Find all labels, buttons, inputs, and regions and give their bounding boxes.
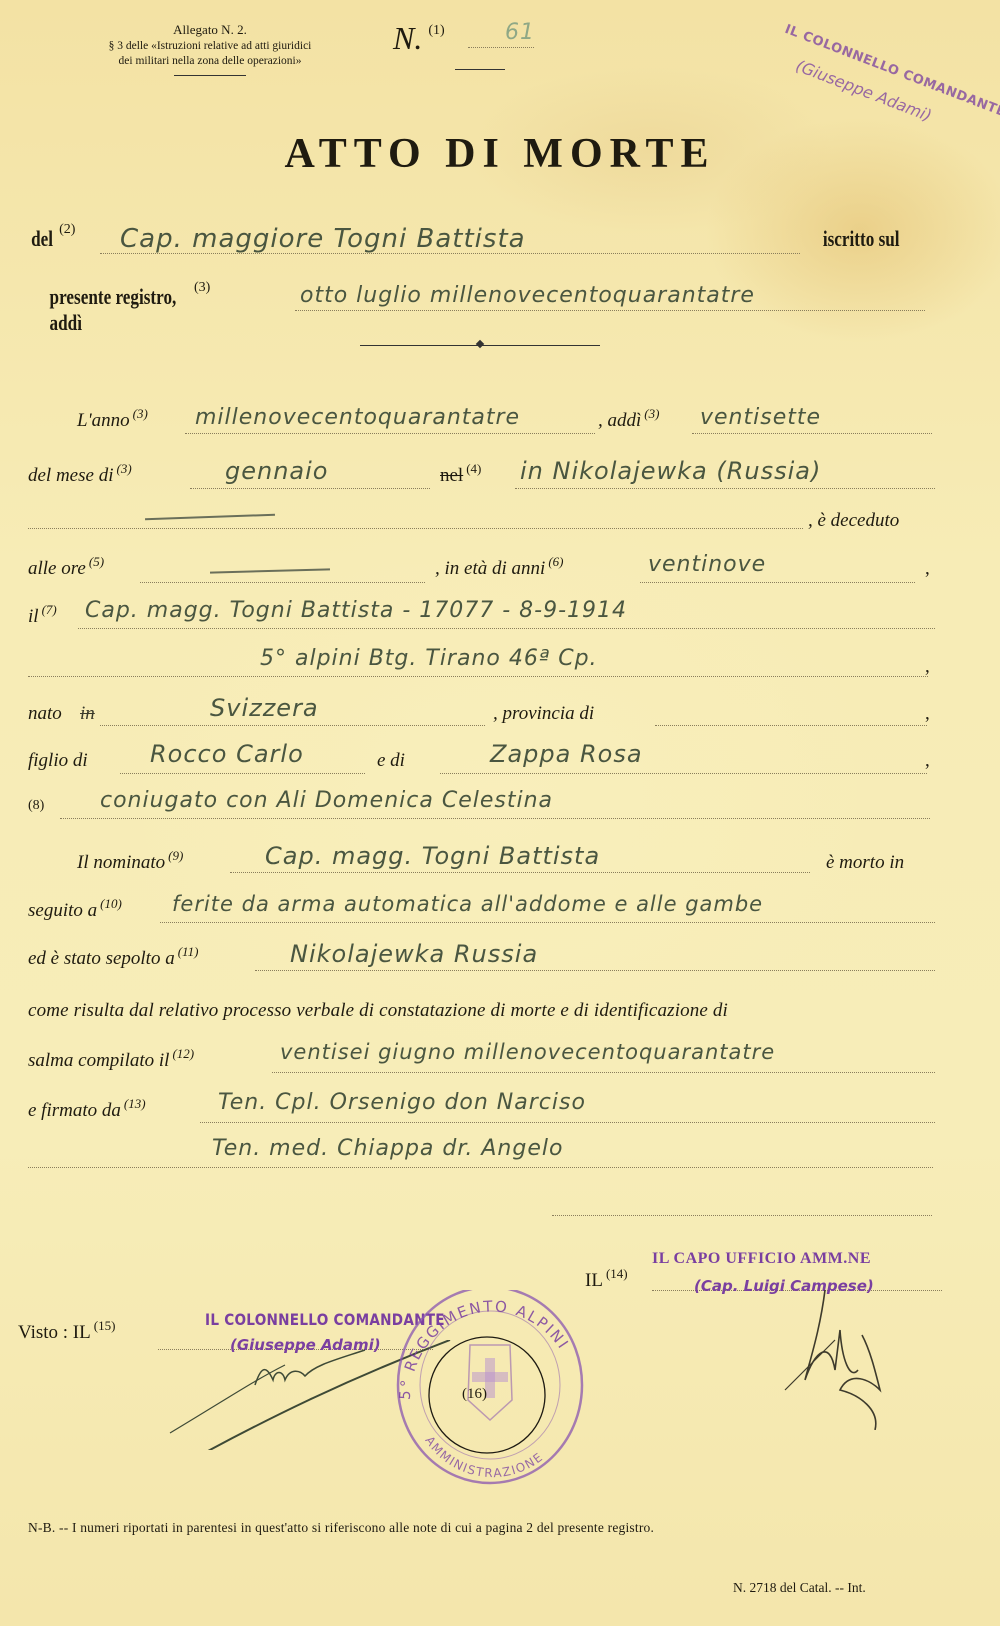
visto-label-group: Visto : IL(15) (18, 1322, 115, 1344)
registro-label-group: presente registro, addì(3) (28, 284, 224, 336)
nato-struck-in: in (80, 703, 95, 725)
mese-label-group: del mese di(3) (28, 465, 132, 487)
number-note: (1) (428, 23, 444, 38)
anno-value: millenovecentoquarantatre (195, 405, 520, 430)
il-dotline-2 (28, 676, 928, 677)
divider-ornament (476, 340, 484, 348)
sepolto-label-group: ed è stato sepolto a(11) (28, 948, 198, 970)
mese-value: gennaio (225, 457, 328, 485)
figlio-madre-value: Zappa Rosa (490, 740, 643, 768)
registro-label: presente registro, addì (50, 284, 203, 336)
catalog-number: N. 2718 del Catal. -- Int. (733, 1580, 866, 1596)
eta-label-group: , in età di anni(6) (435, 558, 563, 580)
firmato-dotline-1 (200, 1122, 935, 1123)
ore-value-dash (210, 568, 330, 573)
nominato-value: Cap. magg. Togni Battista (265, 842, 600, 870)
registro-note: (3) (194, 280, 210, 295)
salma-label-group: salma compilato il(12) (28, 1050, 194, 1072)
figlio-madre-dotline (440, 773, 927, 774)
eta-dotline (640, 582, 915, 583)
anno-label: L'anno (77, 410, 130, 431)
seguito-label-group: seguito a(10) (28, 900, 122, 922)
sepolto-note: (11) (178, 944, 199, 959)
salma-dotline (272, 1072, 935, 1073)
act-number-value: 61 (505, 20, 535, 45)
coniugato-value: coniugato con Ali Domenica Celestina (100, 788, 553, 813)
act-number-label: N.(1) (393, 20, 445, 57)
regiment-seal: 5° REGGIMENTO ALPINI AMMINISTRAZIONE (390, 1290, 590, 1490)
ore-note: (5) (89, 554, 104, 569)
morto-label: è morto in (826, 852, 904, 874)
firmato-value-line1: Ten. Cpl. Orsenigo don Narciso (218, 1090, 586, 1115)
il-label-group: il(7) (28, 606, 57, 628)
il-dotline-1 (78, 628, 935, 629)
allegato-header: Allegato N. 2. § 3 delle «Istruzioni rel… (95, 22, 325, 76)
registro-value: otto luglio millenovecentoquarantatre (300, 283, 755, 308)
salma-note: (12) (172, 1046, 194, 1061)
il-label: il (28, 606, 39, 627)
nb-footnote: N-B. -- I numeri riportati in parentesi … (28, 1520, 654, 1536)
addi-dotline (692, 433, 932, 434)
addi-note: (3) (644, 406, 659, 421)
istruzioni-line-2: dei militari nella zona delle operazioni… (95, 54, 325, 69)
seguito-value: ferite da arma automatica all'addome e a… (172, 892, 763, 916)
firmato-label: e firmato da (28, 1100, 121, 1121)
mese-dotline (190, 488, 430, 489)
anno-dotline (185, 433, 595, 434)
firmato-note: (13) (124, 1096, 146, 1111)
ore-dotline (140, 582, 425, 583)
figlio-comma: , (925, 750, 930, 772)
eta-value: ventinove (648, 552, 766, 577)
provincia-comma: , (925, 703, 930, 725)
il-note: (7) (42, 602, 57, 617)
nel-dotline (515, 488, 935, 489)
nel-value: in Nikolajewka (Russia) (520, 457, 821, 485)
visto-label: Visto : IL (18, 1322, 91, 1343)
il-value-line1: Cap. magg. Togni Battista - 17077 - 8-9-… (85, 598, 627, 623)
registro-dotline (295, 310, 925, 311)
luogo-dash (145, 514, 275, 521)
firmato-value-line2: Ten. med. Chiappa dr. Angelo (212, 1136, 563, 1161)
sepolto-dotline (255, 970, 935, 971)
eta-comma: , (925, 558, 930, 580)
provincia-label: , provincia di (493, 703, 594, 725)
seal-text-top: 5° REGGIMENTO ALPINI (396, 1297, 573, 1400)
sepolto-value: Nikolajewka Russia (290, 940, 538, 968)
addi-label: , addì (598, 410, 641, 431)
eta-note: (6) (548, 554, 563, 569)
anno-label-group: L'anno(3) (77, 410, 148, 432)
document-title: ATTO DI MORTE (0, 130, 1000, 178)
nato-value: Svizzera (210, 694, 319, 722)
seguito-dotline (160, 922, 935, 923)
luogo-dotline (28, 528, 803, 529)
nominato-label-group: Il nominato(9) (77, 852, 183, 874)
allegato-number: Allegato N. 2. (95, 22, 325, 37)
seguito-note: (10) (100, 896, 122, 911)
coniugato-dotline (60, 818, 930, 819)
salma-label: salma compilato il (28, 1050, 169, 1071)
nominato-dotline (230, 872, 810, 873)
visto-note: (15) (94, 1318, 116, 1333)
del-note: (2) (59, 222, 75, 237)
il-value-line2: 5° alpini Btg. Tirano 46ª Cp. (260, 646, 598, 671)
del-label: del (31, 226, 53, 252)
seal-note: (16) (462, 1386, 487, 1403)
nato-dotline (100, 725, 485, 726)
addi-label-group: , addì(3) (598, 410, 659, 432)
nel-label: nel (440, 465, 463, 486)
risulta-text: come risulta dal relativo processo verba… (28, 1000, 728, 1022)
addi-value: ventisette (700, 405, 821, 430)
mese-note: (3) (116, 461, 131, 476)
firmato-label-group: e firmato da(13) (28, 1100, 146, 1122)
nato-label: nato (28, 703, 62, 725)
seguito-label: seguito a (28, 900, 97, 921)
nel-note: (4) (466, 461, 481, 476)
il14-label: IL (585, 1270, 603, 1291)
number-label: N. (393, 20, 422, 56)
eta-label: , in età di anni (435, 558, 545, 579)
figlio-padre-value: Rocco Carlo (150, 740, 304, 768)
number-dotline (468, 47, 534, 48)
il14-note: (14) (606, 1266, 628, 1281)
ore-label-group: alle ore(5) (28, 558, 104, 580)
ore-label: alle ore (28, 558, 86, 579)
firmato-dotline-2 (28, 1167, 933, 1168)
e-di-label: e di (377, 750, 405, 772)
deceduto-label: , è deceduto (808, 510, 899, 532)
nel-label-group: nel(4) (440, 465, 481, 487)
istruzioni-line-1: § 3 delle «Istruzioni relative ad atti g… (95, 39, 325, 54)
provincia-dotline (655, 725, 927, 726)
figlio-padre-dotline (120, 773, 365, 774)
capo-stamp-line1: IL CAPO UFFICIO AMM.NE (652, 1250, 871, 1268)
number-rule (455, 69, 505, 70)
del-value: Cap. maggiore Togni Battista (120, 224, 526, 254)
header-rule (174, 75, 246, 76)
del-label-group: del(2) (28, 226, 75, 252)
il14-label-group: IL(14) (585, 1270, 628, 1292)
mese-label: del mese di (28, 465, 113, 486)
anno-note: (3) (133, 406, 148, 421)
il14-upper-dotline (552, 1215, 932, 1216)
sepolto-label: ed è stato sepolto a (28, 948, 175, 969)
note8: (8) (28, 798, 44, 814)
capo-signature (780, 1270, 910, 1430)
figlio-label: figlio di (28, 750, 88, 772)
iscritto-label: iscritto sul (823, 226, 900, 252)
il-comma: , (925, 656, 930, 678)
nominato-note: (9) (168, 848, 183, 863)
nominato-label: Il nominato (77, 852, 165, 873)
salma-value: ventisei giugno millenovecentoquarantatr… (280, 1040, 775, 1064)
